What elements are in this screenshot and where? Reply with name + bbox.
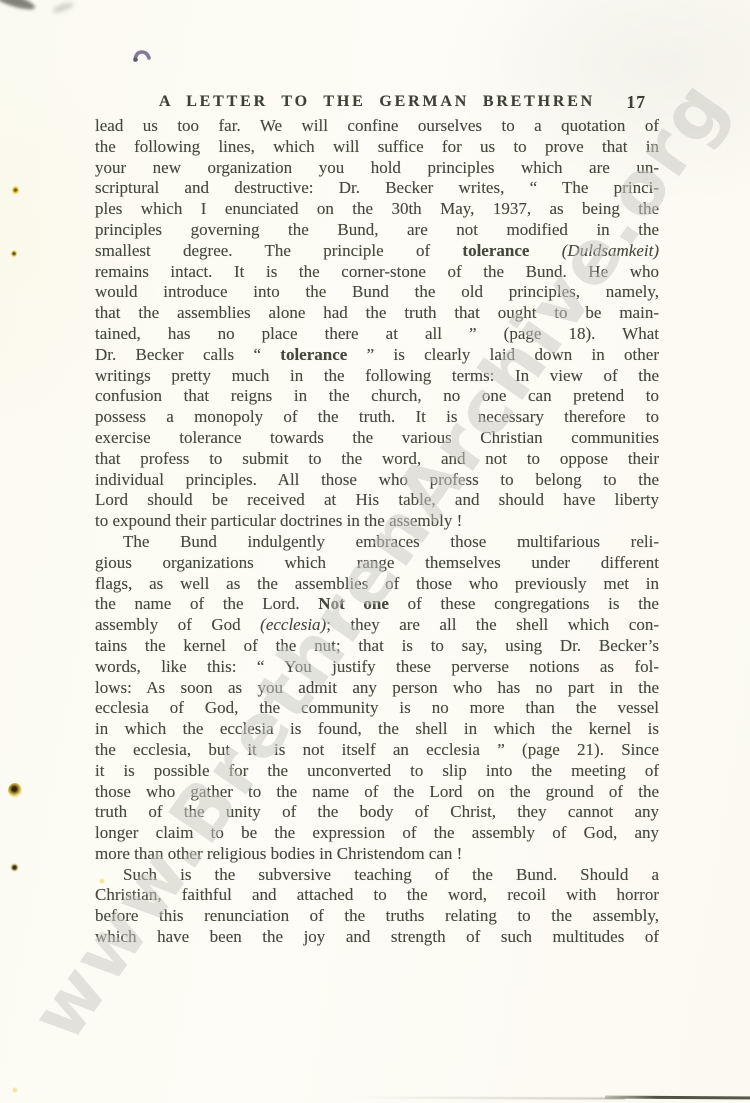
text-line: tains the kernel of the nut; that is to … — [95, 636, 659, 657]
text-line: ples which I enunciated on the 30th May,… — [95, 199, 659, 220]
text-line: Dr. Becker calls “ tolerance ” is clearl… — [95, 345, 659, 366]
scanned-page: A LETTER TO THE GERMAN BRETHREN 17 lead … — [0, 0, 750, 1103]
text-line: writings pretty much in the following te… — [95, 366, 659, 387]
paper-speck — [8, 783, 22, 798]
page-edge-shadow — [605, 1096, 750, 1100]
text-line: Such is the subversive teaching of the B… — [95, 865, 659, 886]
paper-speck — [12, 1087, 18, 1093]
text-line: remains intact. It is the corner-stone o… — [95, 262, 659, 283]
paper-speck — [10, 863, 19, 872]
emphasis-italic: (Duldsamkeit) — [562, 241, 659, 260]
text-line: that the assemblies alone had the truth … — [95, 303, 659, 324]
text-line: truth of the unity of the body of Christ… — [95, 802, 659, 823]
text-line: tained, has no place there at all ” (pag… — [95, 324, 659, 345]
text-line: that profess to submit to the word, and … — [95, 449, 659, 470]
text-line: confusion that reigns in the church, no … — [95, 386, 659, 407]
text-line: possess a monopoly of the truth. It is n… — [95, 407, 659, 428]
text-line: ecclesia of God, the community is no mor… — [95, 698, 659, 719]
text-line: those who gather to the name of the Lord… — [95, 782, 659, 803]
text-line: gious organizations which range themselv… — [95, 553, 659, 574]
text-line: more than other religious bodies in Chri… — [95, 844, 659, 865]
text-line: principles governing the Bund, are not m… — [95, 220, 659, 241]
text-line: The Bund indulgently embraces those mult… — [95, 532, 659, 553]
text-line: in which the ecclesia is found, the shel… — [95, 719, 659, 740]
text-line: scriptural and destructive: Dr. Becker w… — [95, 178, 659, 199]
text-line: to expound their particular doctrines in… — [95, 511, 659, 532]
text-line: words, like this: “ You justify these pe… — [95, 657, 659, 678]
corner-ink-smudge-faint — [51, 0, 74, 14]
text-line: smallest degree. The principle of tolera… — [95, 241, 659, 262]
text-line: exercise tolerance towards the various C… — [95, 428, 659, 449]
page-title: A LETTER TO THE GERMAN BRETHREN — [95, 93, 659, 111]
page-header: A LETTER TO THE GERMAN BRETHREN 17 — [95, 93, 659, 113]
text-line: Lord should be received at His table, an… — [95, 490, 659, 511]
text-line: assembly of God (ecclesia); they are all… — [95, 615, 659, 636]
text-line: lead us too far. We will confine ourselv… — [95, 116, 659, 137]
pen-mark — [133, 49, 153, 65]
text-line: your new organization you hold principle… — [95, 158, 659, 179]
text-line: before this renunciation of the truths r… — [95, 906, 659, 927]
text-line: individual principles. All those who pro… — [95, 470, 659, 491]
text-line: lows: As soon as you admit any person wh… — [95, 678, 659, 699]
page-number: 17 — [627, 92, 647, 113]
paper-speck — [12, 186, 19, 195]
body-text: lead us too far. We will confine ourselv… — [95, 116, 659, 948]
text-line: flags, as well as the assemblies of thos… — [95, 574, 659, 595]
text-line: Christian, faithful and attached to the … — [95, 885, 659, 906]
text-line: would introduce into the Bund the old pr… — [95, 282, 659, 303]
emphasis-bold: Not one — [318, 594, 389, 613]
text-line: the name of the Lord. Not one of these c… — [95, 594, 659, 615]
emphasis-bold: tolerance — [280, 345, 347, 364]
emphasis-bold: tolerance — [462, 241, 529, 260]
text-line: the following lines, which will suffice … — [95, 137, 659, 158]
emphasis-italic: (ecclesia) — [260, 615, 326, 634]
paper-speck — [11, 250, 17, 258]
text-line: it is possible for the unconverted to sl… — [95, 761, 659, 782]
text-line: longer claim to be the expression of the… — [95, 823, 659, 844]
text-line: which have been the joy and strength of … — [95, 927, 659, 948]
text-line: the ecclesia, but it is not itself an ec… — [95, 740, 659, 761]
page-edge-shadow — [350, 1096, 625, 1099]
corner-ink-smudge — [0, 0, 37, 13]
